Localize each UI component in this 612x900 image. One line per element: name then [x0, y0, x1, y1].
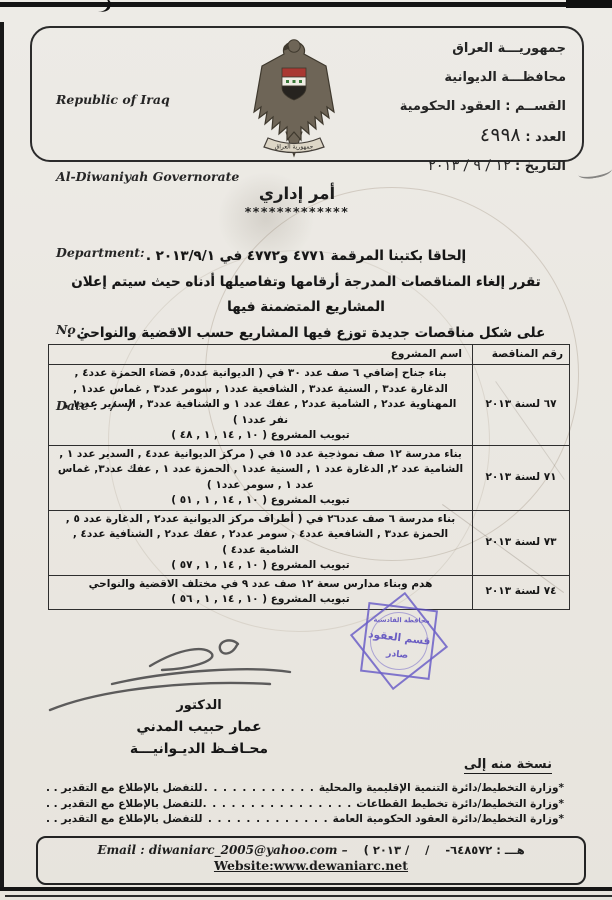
distribution-item: *وزارة التخطيط/دائرة العقود الحكومية الع… — [46, 812, 564, 828]
project-classification: تبويب المشروع ( ١٠ , ١٤ , ١ , ٤٨ ) — [55, 428, 466, 444]
letterhead-box: Republic of Iraq Al-Diwaniyah Governorat… — [30, 26, 584, 162]
order-title-underline: ************* — [0, 204, 594, 219]
distribution-dept: *وزارة التخطيط/دائرة تخطيط القطاعات — [356, 797, 564, 813]
project-name-cell: بناء جناح إضافي ٦ صف عدد ٣٠ في ( الديوان… — [49, 365, 473, 446]
project-description: بناء مدرسة ٦ صف عدد٢٦ في ( أطراف مركز ال… — [55, 512, 466, 559]
project-description: بناء مدرسة ١٢ صف نموذجية عدد ١٥ في ( مرك… — [55, 447, 466, 494]
signatory-title: الدكتور — [92, 696, 306, 716]
dots-leader: . . . . . . . . . . . . . . . . . . . . … — [202, 797, 356, 813]
signatory-name: عمار حبيب المدني — [92, 716, 306, 738]
scanned-document-page: Republic of Iraq Al-Diwaniyah Governorat… — [0, 0, 612, 900]
document-date-value: ١٢ / ٩ / ٢٠١٣ — [427, 152, 512, 181]
tenders-table: رقم المناقصة اسم المشروع ٦٧ لسنة ٢٠١٣ بن… — [48, 344, 570, 610]
pen-mark-right — [577, 163, 612, 181]
body-line-1: إلحاقا بكتبنا المرقمة ٤٧٧١ و٤٧٧٢ في ٢٠١٣… — [42, 244, 570, 270]
body-line-3: على شكل مناقصات جديدة توزع فيها المشاريع… — [42, 321, 570, 347]
email-label: Email : diwaniarc_2005@yahoo.com – — [97, 843, 347, 857]
table-header-row: رقم المناقصة اسم المشروع — [49, 345, 570, 365]
distribution-note: للتفضل بالإطلاع مع التقدير . . — [46, 781, 202, 797]
distribution-list: *وزارة التخطيط/دائرة التنمية الإقليمية و… — [46, 781, 564, 828]
dots-leader: . . . . . . . . . . . . . . . . . . . . … — [202, 781, 318, 797]
tender-number-cell: ٧٤ لسنة ٢٠١٣ — [473, 575, 570, 609]
signatory-block: الدكتور عمار حبيب المدني محـافـظ الديـوا… — [92, 696, 306, 760]
issue-stamp: محافظة القادسية قسم العقود صادر — [344, 586, 453, 695]
scan-edge-bottom-1 — [0, 887, 612, 891]
body-line-2: تقرر إلغاء المناقصات المدرجة أرقامها وتف… — [42, 270, 570, 321]
website-label: Website:www.dewaniarc.net — [38, 858, 584, 873]
distribution-note: للتفضل بالإطلاع مع التقدير . . — [46, 797, 202, 813]
distribution-dept: *وزارة التخطيط/دائرة التنمية الإقليمية و… — [319, 781, 564, 797]
document-number-label: العدد : — [525, 130, 566, 145]
body-paragraph: إلحاقا بكتبنا المرقمة ٤٧٧١ و٤٧٧٢ في ٢٠١٣… — [42, 244, 570, 346]
scan-edge-bottom-2 — [5, 895, 612, 897]
tender-number-cell: ٧٣ لسنة ٢٠١٣ — [473, 510, 570, 575]
table-row: ٧١ لسنة ٢٠١٣ بناء مدرسة ١٢ صف نموذجية عد… — [49, 445, 570, 510]
tender-number-cell: ٦٧ لسنة ٢٠١٣ — [473, 365, 570, 446]
project-name-cell: بناء مدرسة ١٢ صف نموذجية عدد ١٥ في ( مرك… — [49, 445, 473, 510]
distribution-dept: *وزارة التخطيط/دائرة العقود الحكومية الع… — [333, 812, 564, 828]
table-row: ٧٣ لسنة ٢٠١٣ بناء مدرسة ٦ صف عدد٢٦ في ( … — [49, 510, 570, 575]
project-classification: تبويب المشروع ( ١٠ , ١٤ , ١ , ٥١ ) — [55, 493, 466, 509]
project-description: هدم وبناء مدارس سعة ١٢ صف عدد ٩ في مختلف… — [55, 577, 466, 593]
footer-date: ( ٢٠١٣ / / — [364, 843, 430, 857]
country-label-en: Republic of Iraq — [56, 87, 239, 113]
scan-edge-top-right — [566, 0, 612, 8]
order-title: أمر إداري — [0, 184, 594, 203]
document-date-label: التاريخ : — [515, 159, 566, 174]
governorate-label-ar: محافظـــة الديوانية — [400, 63, 566, 92]
dots-leader: . . . . . . . . . . . . . . . . . . . . … — [202, 812, 332, 828]
stamp-governorate-text: محافظة القادسية — [352, 615, 450, 625]
tender-number-header: رقم المناقصة — [473, 345, 570, 365]
country-label-ar: جمهوريـــة العراق — [400, 34, 566, 63]
iraq-eagle-emblem: جمهورية العراق — [242, 32, 346, 158]
scan-edge-left — [0, 22, 4, 890]
footer-contact-line: Email : diwaniarc_2005@yahoo.com – ( ٢٠١… — [38, 843, 584, 857]
distribution-item: *وزارة التخطيط/دائرة تخطيط القطاعات . . … — [46, 797, 564, 813]
title-block: أمر إداري ************* — [0, 184, 594, 219]
table-row: ٦٧ لسنة ٢٠١٣ بناء جناح إضافي ٦ صف عدد ٣٠… — [49, 365, 570, 446]
footer-contact-box: Email : diwaniarc_2005@yahoo.com – ( ٢٠١… — [36, 836, 586, 885]
table-row: ٧٤ لسنة ٢٠١٣ هدم وبناء مدارس سعة ١٢ صف ع… — [49, 575, 570, 609]
signatory-position: محـافـظ الديـوانيـــة — [92, 738, 306, 760]
project-description: بناء جناح إضافي ٦ صف عدد ٣٠ في ( الديوان… — [55, 366, 466, 428]
document-number-line: العدد : ٤٩٩٨ — [400, 121, 566, 152]
document-number-value: ٤٩٩٨ — [479, 121, 522, 150]
department-label-ar: القســم : العقود الحكومية — [400, 92, 566, 121]
project-name-header: اسم المشروع — [49, 345, 473, 365]
tender-number-cell: ٧١ لسنة ٢٠١٣ — [473, 445, 570, 510]
distribution-heading: نسخة منه إلى — [464, 757, 552, 774]
document-date-line: التاريخ : ١٢ / ٩ / ٢٠١٣ — [400, 152, 566, 181]
letterhead-arabic: جمهوريـــة العراق محافظـــة الديوانية ال… — [400, 34, 566, 181]
project-classification: تبويب المشروع ( ١٠ , ١٤ , ١ , ٥٧ ) — [55, 558, 466, 574]
distribution-item: *وزارة التخطيط/دائرة التنمية الإقليمية و… — [46, 781, 564, 797]
footer-phone: هـــ : ٦٤٨٥٧٢- — [445, 843, 524, 857]
pen-mark-top — [84, 0, 112, 14]
distribution-note: للتفضل بالإطلاع مع التقدير . . — [46, 812, 202, 828]
emblem-banner-text: جمهورية العراق — [275, 144, 314, 151]
project-name-cell: بناء مدرسة ٦ صف عدد٢٦ في ( أطراف مركز ال… — [49, 510, 473, 575]
